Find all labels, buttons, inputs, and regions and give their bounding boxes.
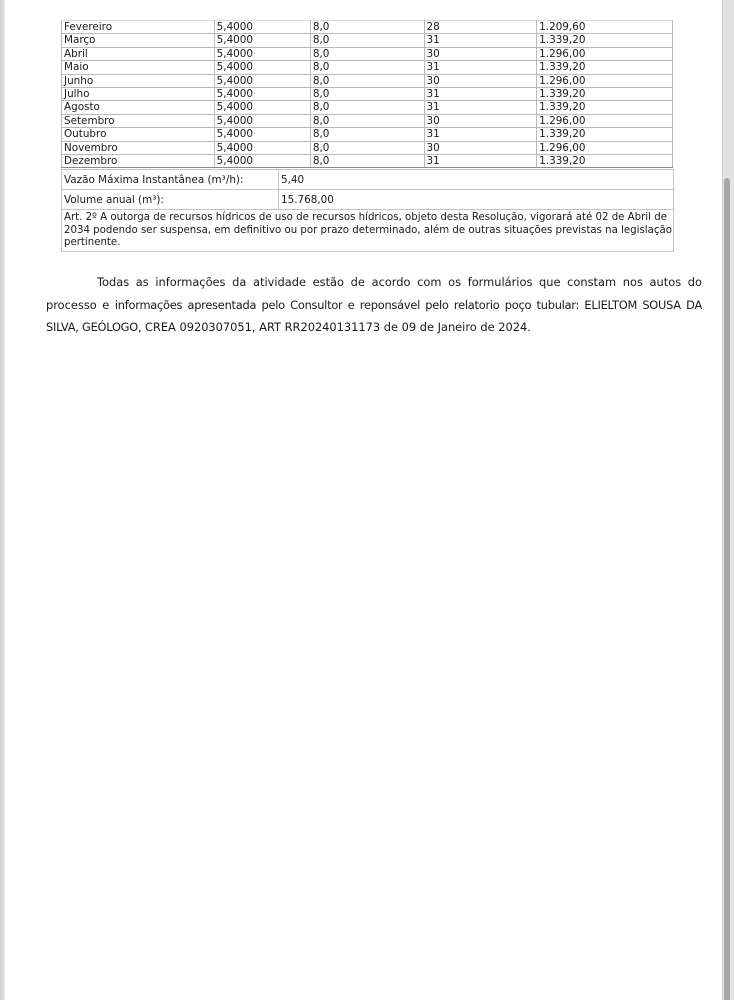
annual-volume-row: Volume anual (m³): 15.768,00 [62,190,674,210]
cell-flow: 5,4000 [214,141,310,154]
cell-hours: 8,0 [310,101,424,114]
cell-month: Setembro [62,114,215,127]
cell-days: 31 [424,101,537,114]
cell-days: 30 [424,74,537,87]
cell-volume: 1.296,00 [537,141,673,154]
cell-flow: 5,4000 [214,114,310,127]
table-row: Julho5,40008,0311.339,20 [62,88,673,101]
cell-flow: 5,4000 [214,21,310,34]
table-row: Dezembro5,40008,0311.339,20 [62,155,673,168]
cell-volume: 1.339,20 [537,128,673,141]
cell-month: Maio [62,61,215,74]
monthly-withdrawal-table: Fevereiro5,40008,0281.209,60Março5,40008… [61,20,673,168]
cell-hours: 8,0 [310,114,424,127]
cell-days: 30 [424,141,537,154]
cell-month: Junho [62,74,215,87]
scrollbar-thumb[interactable] [724,178,730,1000]
cell-days: 28 [424,21,537,34]
cell-flow: 5,4000 [214,128,310,141]
table-row: Novembro5,40008,0301.296,00 [62,141,673,154]
table-row: Junho5,40008,0301.296,00 [62,74,673,87]
cell-days: 30 [424,47,537,60]
cell-days: 31 [424,88,537,101]
cell-volume: 1.339,20 [537,34,673,47]
cell-month: Novembro [62,141,215,154]
annual-volume-value: 15.768,00 [279,190,674,210]
cell-month: Fevereiro [62,21,215,34]
cell-volume: 1.296,00 [537,114,673,127]
cell-volume: 1.339,20 [537,61,673,74]
cell-hours: 8,0 [310,34,424,47]
cell-flow: 5,4000 [214,155,310,168]
cell-days: 31 [424,155,537,168]
table-row: Abril5,40008,0301.296,00 [62,47,673,60]
cell-month: Dezembro [62,155,215,168]
cell-days: 31 [424,128,537,141]
cell-hours: 8,0 [310,74,424,87]
cell-volume: 1.296,00 [537,74,673,87]
cell-hours: 8,0 [310,155,424,168]
table-row: Maio5,40008,0311.339,20 [62,61,673,74]
table-row: Março5,40008,0311.339,20 [62,34,673,47]
max-flow-label: Vazão Máxima Instantânea (m³/h): [62,170,279,190]
vertical-scrollbar[interactable] [722,0,734,1000]
table-row: Outubro5,40008,0311.339,20 [62,128,673,141]
cell-hours: 8,0 [310,21,424,34]
cell-days: 31 [424,61,537,74]
declaration-paragraph: Todas as informações da atividade estão … [46,271,702,339]
cell-days: 30 [424,114,537,127]
cell-volume: 1.339,20 [537,101,673,114]
cell-flow: 5,4000 [214,101,310,114]
table-row: Fevereiro5,40008,0281.209,60 [62,21,673,34]
article-row: Art. 2º A outorga de recursos hídricos d… [62,210,674,252]
cell-flow: 5,4000 [214,47,310,60]
cell-volume: 1.339,20 [537,88,673,101]
cell-days: 31 [424,34,537,47]
cell-hours: 8,0 [310,141,424,154]
cell-month: Março [62,34,215,47]
cell-volume: 1.339,20 [537,155,673,168]
cell-month: Julho [62,88,215,101]
article-2-text: Art. 2º A outorga de recursos hídricos d… [62,210,674,252]
cell-flow: 5,4000 [214,88,310,101]
cell-month: Outubro [62,128,215,141]
annual-volume-label: Volume anual (m³): [62,190,279,210]
cell-month: Abril [62,47,215,60]
cell-hours: 8,0 [310,61,424,74]
table-row: Setembro5,40008,0301.296,00 [62,114,673,127]
cell-volume: 1.209,60 [537,21,673,34]
cell-volume: 1.296,00 [537,47,673,60]
cell-flow: 5,4000 [214,74,310,87]
summary-table: Vazão Máxima Instantânea (m³/h): 5,40 Vo… [61,169,674,252]
cell-flow: 5,4000 [214,34,310,47]
cell-hours: 8,0 [310,128,424,141]
cell-flow: 5,4000 [214,61,310,74]
paragraph-line-3: CREA 0920307051, ART RR20240131173 de 09… [145,320,531,334]
max-flow-value: 5,40 [279,170,674,190]
cell-hours: 8,0 [310,47,424,60]
cell-hours: 8,0 [310,88,424,101]
table-row: Agosto5,40008,0311.339,20 [62,101,673,114]
cell-month: Agosto [62,101,215,114]
max-flow-row: Vazão Máxima Instantânea (m³/h): 5,40 [62,170,674,190]
